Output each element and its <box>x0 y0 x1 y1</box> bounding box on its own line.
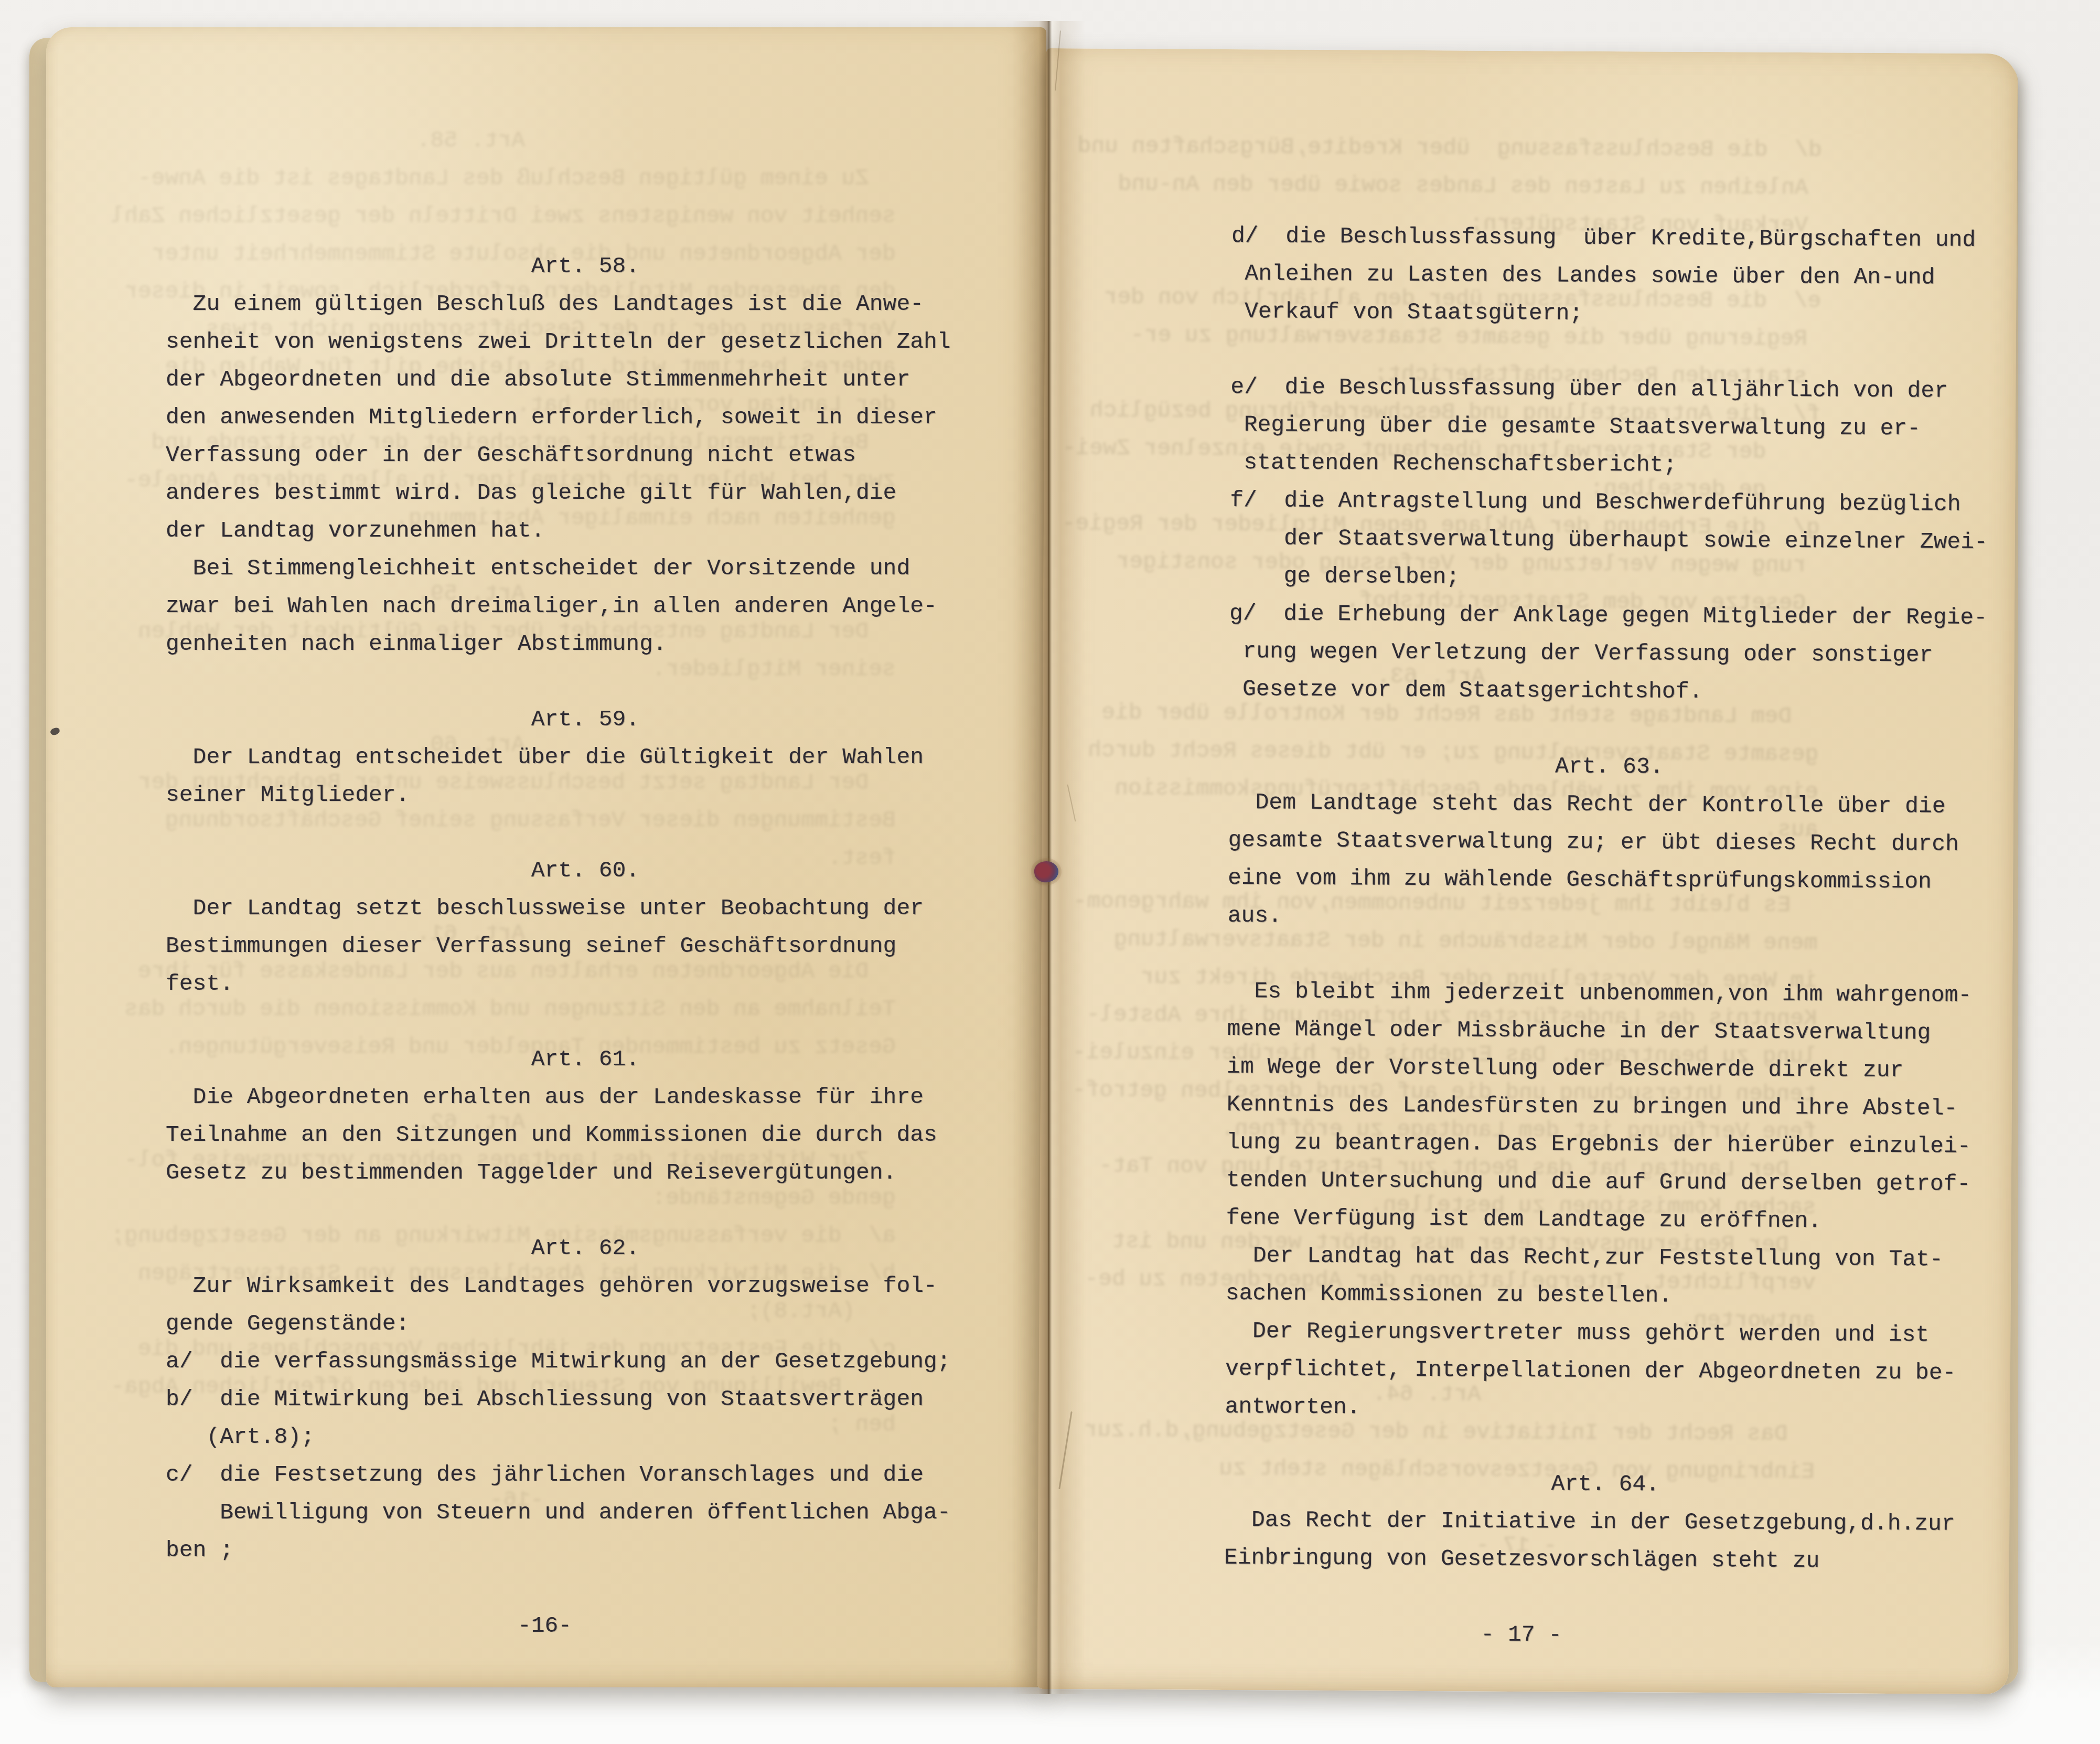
typed-line: verpflichtet, Interpellationen der Abgeo… <box>1225 1350 1987 1392</box>
typed-line: fest. <box>166 965 1005 1003</box>
typed-line: ge derselben; <box>1229 557 1991 599</box>
typed-line: Kenntnis des Landesfürsten zu bringen un… <box>1227 1086 1988 1128</box>
typed-line <box>166 814 1005 852</box>
typed-line: Das Recht der Initiative in der Gesetzge… <box>1224 1501 1986 1543</box>
typed-line: Dem Landtage steht das Recht der Kontrol… <box>1228 784 1990 826</box>
typed-line: rung wegen Verletzung der Verfassung ode… <box>1229 633 1990 675</box>
article-heading: Art. 58. <box>166 248 1005 285</box>
typed-line <box>166 663 1005 701</box>
typed-line: b/ die Mitwirkung bei Abschliessung von … <box>166 1381 1005 1418</box>
right-page: d/ die Beschlussfassung über Kredite,Bür… <box>1037 48 2018 1694</box>
typed-line: der Landtag vorzunehmen hat. <box>166 512 1005 550</box>
typed-line: genheiten nach einmaliger Abstimmung. <box>166 625 1005 663</box>
typed-line: der Staatsverwaltung überhaupt sowie ein… <box>1230 519 1991 561</box>
typed-line <box>1224 1577 1985 1619</box>
typed-line: Bei Stimmengleichheit entscheidet der Vo… <box>166 550 1005 587</box>
typed-text-right: d/ die Beschlussfassung über Kredite,Bür… <box>1037 48 1994 1694</box>
typed-line: Bewilligung von Steuern und anderen öffe… <box>166 1494 1005 1532</box>
typed-line: Die Abgeordneten erhalten aus der Landes… <box>166 1078 1005 1116</box>
typed-line: Der Landtag hat das Recht,zur Feststellu… <box>1226 1237 1987 1279</box>
article-heading: Art. 59. <box>166 701 1005 739</box>
typed-line: Gesetz zu bestimmenden Taggelder und Rei… <box>166 1154 1005 1192</box>
typed-line: antworten. <box>1225 1388 1986 1430</box>
typed-line <box>166 1569 1005 1607</box>
typed-line: den anwesenden Mitgliedern erforderlich,… <box>166 399 1005 436</box>
fold-line <box>1048 21 1049 1694</box>
typed-line: Es bleibt ihm jederzeit unbenommen,von i… <box>1227 972 1989 1014</box>
page-number: - 17 - <box>1224 1614 1985 1656</box>
typed-line: Der Landtag setzt beschlussweise unter B… <box>166 890 1005 927</box>
typed-line: der Abgeordneten und die absolute Stimme… <box>166 361 1005 399</box>
typed-line: a/ die verfassungsmässige Mitwirkung an … <box>166 1343 1005 1381</box>
typed-line <box>1231 330 1992 372</box>
typed-line: Verkauf von Staatsgütern; <box>1231 293 1992 335</box>
typed-line: mene Mängel oder Missbräuche in der Staa… <box>1227 1010 1988 1052</box>
article-heading: Art. 60. <box>166 852 1005 890</box>
typed-line: c/ die Festsetzung des jährlichen Vorans… <box>166 1456 1005 1494</box>
typed-line: senheit von wenigstens zwei Dritteln der… <box>166 323 1005 361</box>
typed-line: eine vom ihm zu wählende Geschäftsprüfun… <box>1228 859 1989 901</box>
document-scan: Art. 58. Zu einem gültigen Beschluß des … <box>0 0 2100 1744</box>
typed-line: seiner Mitglieder. <box>166 776 1005 814</box>
article-heading: Art. 63. <box>1228 746 1990 788</box>
typed-line: Gesetze vor dem Staatsgerichtshof. <box>1229 670 1990 712</box>
typed-line: ben ; <box>166 1532 1005 1569</box>
typed-line: Bestimmungen dieser Verfassung seinef Ge… <box>166 927 1005 965</box>
typed-line: anderes bestimmt wird. Das gleiche gilt … <box>166 474 1005 512</box>
typed-line: Zur Wirksamkeit des Landtages gehören vo… <box>166 1267 1005 1305</box>
typed-line: g/ die Erhebung der Anklage gegen Mitgli… <box>1229 595 1991 637</box>
typed-line: lung zu beantragen. Das Ergebnis der hie… <box>1226 1124 1988 1165</box>
page-number: -16- <box>166 1607 1005 1645</box>
typed-line <box>166 1192 1005 1229</box>
typed-line: Einbringung von Gesetzesvorschlägen steh… <box>1224 1539 1986 1581</box>
typed-line <box>1225 1426 1986 1468</box>
left-page: Art. 58. Zu einem gültigen Beschluß des … <box>46 27 1046 1687</box>
typed-line: im Wege der Vorstellung oder Beschwerde … <box>1227 1048 1988 1090</box>
typed-text-left: Art. 58. Zu einem gültigen Beschluß des … <box>46 27 1005 1687</box>
typed-line: gesamte Staatsverwaltung zu; er übt dies… <box>1228 821 1989 863</box>
typed-line <box>1227 935 1989 977</box>
article-heading: Art. 61. <box>166 1041 1005 1078</box>
typed-line: stattenden Rechenschaftsbericht; <box>1230 444 1991 486</box>
article-heading: Art. 62. <box>166 1229 1005 1267</box>
typed-line: d/ die Beschlussfassung über Kredite,Bür… <box>1231 217 1993 259</box>
typed-line: Teilnahme an den Sitzungen und Kommissio… <box>166 1116 1005 1154</box>
typed-line: gende Gegenstände: <box>166 1305 1005 1343</box>
typed-line: Der Landtag entscheidet über die Gültigk… <box>166 739 1005 776</box>
typed-line: tenden Untersuchung und die auf Grund de… <box>1226 1161 1988 1203</box>
typed-line: zwar bei Wahlen nach dreimaliger,in alle… <box>166 587 1005 625</box>
typed-line <box>166 1003 1005 1041</box>
article-heading: Art. 64. <box>1225 1463 1986 1505</box>
typed-line: Regierung über die gesamte Staatsverwalt… <box>1230 406 1992 448</box>
typed-line: aus. <box>1228 897 1989 939</box>
typed-line: fene Verfügung ist dem Landtage zu eröff… <box>1226 1199 1987 1241</box>
typed-line: Anleihen zu Lasten des Landes sowie über… <box>1231 255 1992 297</box>
typed-line: Der Regierungsvertreter muss gehört werd… <box>1225 1312 1987 1354</box>
typed-line: e/ die Beschlussfassung über den alljähr… <box>1230 368 1992 410</box>
typed-line: f/ die Antragstellung und Beschwerdeführ… <box>1230 482 1991 523</box>
typed-line: sachen Kommissionen zu bestellen. <box>1226 1275 1987 1317</box>
typed-line: (Art.8); <box>166 1418 1005 1456</box>
typed-line: Verfassung oder in der Geschäftsordnung … <box>166 436 1005 474</box>
typed-line: Zu einem gültigen Beschluß des Landtages… <box>166 285 1005 323</box>
typed-line <box>1229 708 1990 750</box>
